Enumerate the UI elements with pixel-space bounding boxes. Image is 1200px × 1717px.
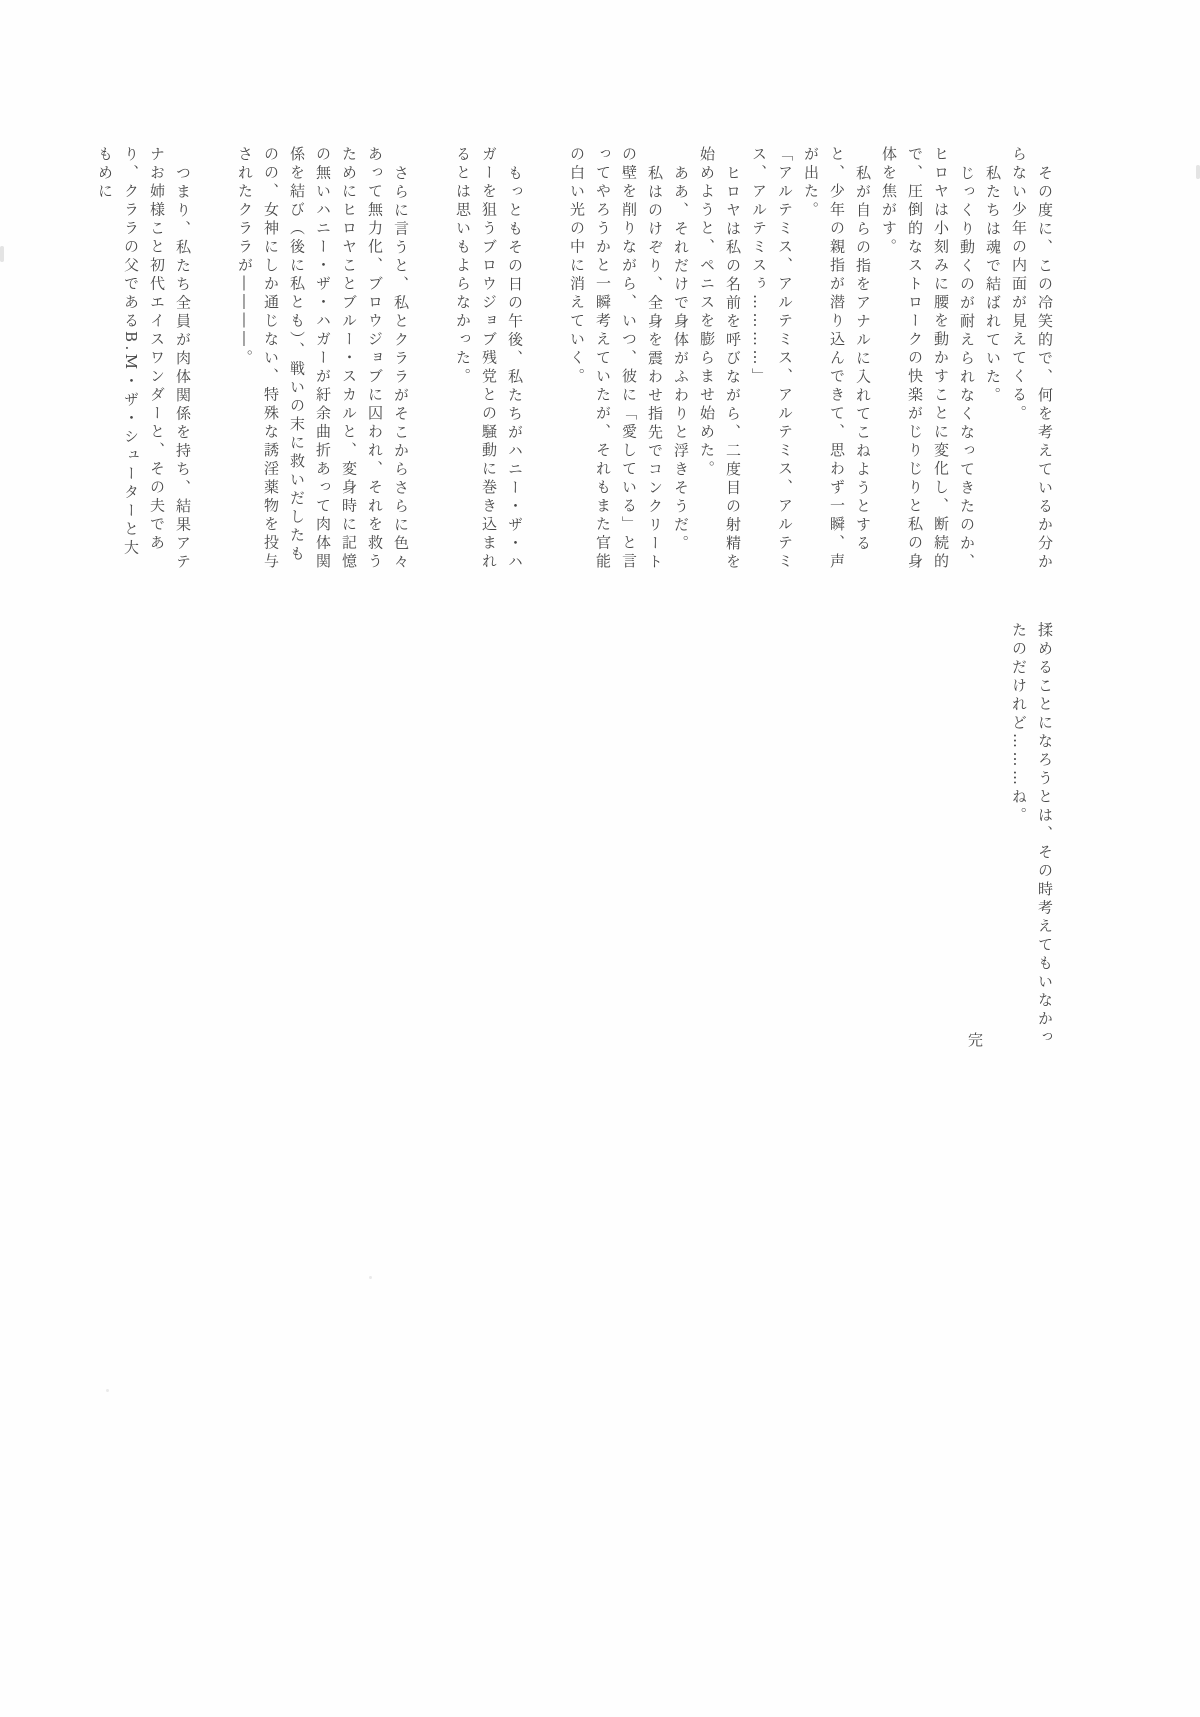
- edge-artifact-left: [0, 246, 4, 262]
- story-paragraph-dialogue: 「アルテミス、アルテミス、アルテミス、アルテミス、アルテミスぅ…………」: [746, 146, 798, 572]
- end-mark: 完: [962, 622, 988, 1062]
- story-paragraph: さらに言うと、私とクララがそこからさらに色々あって無力化、ブロウジョブに囚われ、…: [232, 146, 414, 572]
- story-paragraph: じっくり動くのが耐えられなくなってきたのか、ヒロヤは小刻みに腰を動かすことに変化…: [876, 146, 980, 572]
- story-paragraph: 私たちは魂で結ばれていた。: [980, 146, 1006, 572]
- story-paragraph: ああ、それだけで身体がふわりと浮きそうだ。: [668, 146, 694, 572]
- edge-artifact-right: [1196, 165, 1200, 179]
- story-paragraph: 揉めることになろうとは、その時考えてもいなかったのだけれど………ね。: [1006, 622, 1058, 1062]
- story-paragraph: 私が自らの指をアナルに入れてこねようとすると、少年の親指が潜り込んできて、思わず…: [798, 146, 876, 572]
- story-paragraph: もっともその日の午後、私たちがハニー・ザ・ハガーを狙うブロウジョブ残党との騒動に…: [450, 146, 528, 572]
- scanned-page: その度に、この冷笑的で、何を考えているか分からない少年の内面が見えてくる。 私た…: [0, 0, 1200, 1717]
- story-block-lower: 揉めることになろうとは、その時考えてもいなかったのだけれど………ね。 完: [962, 622, 1058, 1062]
- story-paragraph: ヒロヤは私の名前を呼びながら、二度目の射精を始めようと、ペニスを膨らませ始めた。: [694, 146, 746, 572]
- scan-speck: [369, 1276, 372, 1279]
- story-paragraph: 私はのけぞり、全身を震わせ指先でコンクリートの壁を削りながら、いつ、彼に「愛して…: [564, 146, 668, 572]
- story-paragraph: その度に、この冷笑的で、何を考えているか分からない少年の内面が見えてくる。: [1006, 146, 1058, 572]
- story-block-upper: その度に、この冷笑的で、何を考えているか分からない少年の内面が見えてくる。 私た…: [92, 146, 1058, 572]
- scan-speck: [106, 1389, 109, 1392]
- story-paragraph: つまり、私たち全員が肉体関係を持ち、結果アテナお姉様こと初代エイスワンダーと、そ…: [92, 146, 196, 572]
